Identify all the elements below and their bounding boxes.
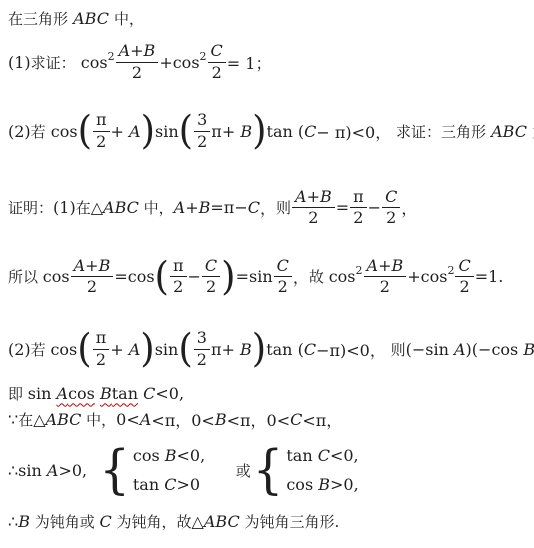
superscript: 2 <box>356 264 363 277</box>
math-variable: A <box>140 410 152 429</box>
math-roman-text: 2 <box>87 277 97 296</box>
math-roman-text: 0< <box>116 410 140 429</box>
fraction: C2 <box>455 257 473 297</box>
math-variable: A <box>367 256 379 275</box>
math-roman-text: ， <box>401 196 417 219</box>
proof-part1-line2: 所以 cosA+B2=cos(π2−C2)=sinC2，故 cos2A+B2+c… <box>8 248 530 305</box>
math-variable: A <box>119 41 131 60</box>
math-variable: B <box>18 512 30 531</box>
math-roman-text: sin <box>155 340 179 359</box>
math-roman-text: 2 <box>308 208 318 227</box>
case-row: tan C>0 <box>133 475 205 494</box>
math-roman-text: 2 <box>386 208 396 227</box>
denominator: 2 <box>96 132 106 151</box>
math-roman-text: (1) <box>8 53 31 72</box>
curly-brace-icon: { <box>99 449 130 491</box>
math-roman-text: 2 <box>132 63 142 82</box>
math-roman-text: π <box>173 256 184 275</box>
math-roman-text: cos <box>50 340 77 359</box>
big-paren-icon: ( <box>179 114 193 147</box>
proof-part2-line3: ∵在△ABC 中，0<A<π，0<B<π，0<C<π， <box>8 408 530 430</box>
math-roman-text: cos <box>68 384 95 403</box>
chinese-text: 若 <box>31 121 46 142</box>
math-roman-text: + <box>307 187 320 206</box>
fraction: π2 <box>93 111 110 151</box>
math-variable: C <box>318 446 330 465</box>
math-roman-text: <π，0< <box>151 408 215 431</box>
numerator: 3 <box>194 111 210 131</box>
denominator: 2 <box>459 277 469 296</box>
math-variable: B <box>144 41 156 60</box>
math-roman-text: =1. <box>475 267 504 286</box>
chinese-text: 中， <box>114 8 144 29</box>
proof-part1-line1: 证明：(1)在△ABC 中，A+B=π−C，则A+B2=π2−C2， <box>8 185 530 230</box>
denominator: 2 <box>380 277 390 296</box>
math-roman-text: + <box>130 41 143 60</box>
math-roman-text: >0 <box>176 475 200 494</box>
math-roman-text: 2 <box>212 63 222 82</box>
math-roman-text: + <box>110 340 129 359</box>
math-variable: A <box>57 384 69 403</box>
chinese-text: 故 <box>309 266 329 287</box>
chinese-text: 则 <box>386 339 406 360</box>
numerator: C <box>274 257 292 277</box>
math-variable: A <box>74 256 86 275</box>
math-roman-text: △ <box>33 410 45 429</box>
math-roman-text: +cos <box>159 53 199 72</box>
math-roman-text: 2 <box>197 350 207 369</box>
math-roman-text: cos <box>286 475 318 494</box>
math-roman-text: <π，0< <box>227 408 291 431</box>
proof-part2-cases: ∴sin A>0, {cos B<0,tan C>0 或{tan C<0,cos… <box>8 443 530 497</box>
math-roman-text: ∴ <box>8 512 18 531</box>
math-roman-text: 2 <box>197 132 207 151</box>
big-paren-icon: ) <box>252 114 266 147</box>
big-paren-icon: ) <box>252 332 266 365</box>
fraction: C2 <box>274 257 292 297</box>
math-variable: C <box>211 41 223 60</box>
proof-part2-line1: (2)若 cos(π2+ A)sin(32π+ B)tan (C−π)<0， 则… <box>8 318 530 380</box>
numerator: C <box>455 257 473 277</box>
math-roman-text: − <box>368 198 381 217</box>
fraction: C2 <box>382 188 400 228</box>
math-roman-text: tan ( <box>266 340 304 359</box>
fraction: π2 <box>170 257 187 297</box>
spellcheck-wavy-underline: Acos <box>57 384 95 403</box>
math-variable: C <box>205 256 217 275</box>
superscript: 2 <box>108 50 115 63</box>
math-roman-text: ∴sin <box>8 461 47 480</box>
math-variable: B <box>99 256 111 275</box>
denominator: 2 <box>206 277 216 296</box>
cases-column: cos B<0,tan C>0 <box>133 446 205 494</box>
math-proof-document: 在三角形 ABC 中，(1)求证： cos2A+B2+cos2C2= 1；(2)… <box>0 0 534 548</box>
math-variable: B <box>199 198 211 217</box>
math-roman-text: <π， <box>302 408 342 431</box>
fraction: 32 <box>194 111 210 151</box>
fraction: A+B2 <box>364 257 407 297</box>
math-roman-text: 2 <box>96 350 106 369</box>
numerator: C <box>382 188 400 208</box>
math-roman-text: <0, <box>155 384 184 403</box>
fraction: A+B2 <box>292 188 335 228</box>
math-roman-text: = 1； <box>227 51 272 74</box>
denominator: 2 <box>353 208 363 227</box>
big-paren-icon: ( <box>155 260 169 293</box>
proof-part2-line2: 即 sin Acos Btan C<0, <box>8 383 530 403</box>
math-roman-text: =π− <box>210 198 247 217</box>
part1-statement: (1)求证： cos2A+B2+cos2C2= 1； <box>8 42 530 82</box>
math-variable: B <box>240 122 252 141</box>
math-roman-text: cos <box>329 267 356 286</box>
fraction: π2 <box>93 329 110 369</box>
math-variable: C <box>100 512 112 531</box>
math-roman-text: (−sin <box>406 340 454 359</box>
math-roman-text: (2) <box>8 340 31 359</box>
denominator: 2 <box>197 350 207 369</box>
math-roman-text: tan ( <box>267 122 305 141</box>
math-variable: C <box>385 187 397 206</box>
math-variable: A <box>174 198 186 217</box>
math-roman-text: − π)<0， <box>316 120 391 143</box>
math-roman-text: −π)<0， <box>316 338 386 361</box>
numerator: π <box>93 329 110 349</box>
chinese-text: 若 <box>31 339 51 360</box>
math-roman-text: >0, <box>330 475 359 494</box>
math-roman-text: <0, <box>177 446 206 465</box>
math-roman-text: π+ <box>211 340 240 359</box>
math-roman-text: +cos <box>407 267 447 286</box>
math-roman-text: ∵ <box>8 410 18 429</box>
fraction: A+B2 <box>116 42 159 82</box>
math-roman-text: 2 <box>278 277 288 296</box>
chinese-text: 为钝角，故 <box>112 511 192 532</box>
math-roman-text: 2 <box>353 208 363 227</box>
math-variable: C <box>290 410 302 429</box>
denominator: 2 <box>308 208 318 227</box>
math-roman-text: tan <box>112 384 138 403</box>
chinese-text: 中， <box>81 409 116 430</box>
math-roman-text: 2 <box>96 132 106 151</box>
fraction: C2 <box>202 257 220 297</box>
math-variable: A <box>295 187 307 206</box>
denominator: 2 <box>197 132 207 151</box>
numerator: C <box>202 257 220 277</box>
math-roman-text: 2 <box>380 277 390 296</box>
big-paren-icon: ) <box>141 114 155 147</box>
math-variable: A <box>47 461 59 480</box>
math-roman-text: = <box>336 198 349 217</box>
math-variable: ABC <box>46 410 82 429</box>
case-row: cos B>0, <box>286 475 358 494</box>
math-roman-text: 2 <box>173 277 183 296</box>
math-roman-text: 3 <box>197 110 207 129</box>
chinese-text: 所以 <box>8 266 43 287</box>
math-roman-text: 2 <box>459 277 469 296</box>
math-roman-text: )(−cos <box>466 340 524 359</box>
big-paren-icon: ( <box>78 114 92 147</box>
cases-group: {tan C<0,cos B>0, <box>253 446 359 494</box>
math-roman-text: + <box>378 256 391 275</box>
case-row: cos B<0, <box>133 446 205 465</box>
math-roman-text: tan <box>133 475 164 494</box>
math-variable: B <box>318 475 330 494</box>
math-variable: B <box>523 340 534 359</box>
superscript: 2 <box>447 264 454 277</box>
numerator: 3 <box>194 329 210 349</box>
fraction: A+B2 <box>71 257 114 297</box>
superscript: 2 <box>200 50 207 63</box>
big-paren-icon: ( <box>178 332 192 365</box>
math-roman-text: π+ <box>211 122 240 141</box>
spellcheck-wavy-underline: Btan <box>100 384 138 403</box>
chinese-text: 在 <box>18 409 33 430</box>
math-variable: B <box>320 187 332 206</box>
denominator: 2 <box>132 63 142 82</box>
math-variable: ABC <box>486 122 532 141</box>
fraction: π2 <box>350 188 367 228</box>
numerator: π <box>170 257 187 277</box>
math-roman-text: =cos <box>114 267 154 286</box>
curly-brace-icon: { <box>253 449 284 491</box>
denominator: 2 <box>386 208 396 227</box>
math-roman-text: + <box>185 198 198 217</box>
math-roman-text: + <box>85 256 98 275</box>
math-variable: ABC <box>103 198 139 217</box>
math-variable: ABC <box>68 9 114 28</box>
math-roman-text: <0, <box>330 446 359 465</box>
math-roman-text: △ <box>192 512 204 531</box>
math-variable: B <box>391 256 403 275</box>
chinese-text: 则 <box>276 197 291 218</box>
math-roman-text: >0, <box>58 461 97 480</box>
numerator: A+B <box>71 257 114 277</box>
chinese-text: 证明： <box>8 197 53 218</box>
math-variable: B <box>240 340 252 359</box>
chinese-text: 在 <box>76 197 91 218</box>
chinese-text: 或 <box>207 460 251 481</box>
math-variable: B <box>100 384 112 403</box>
math-roman-text: (1) <box>53 198 76 217</box>
denominator: 2 <box>278 277 288 296</box>
numerator: C <box>208 42 226 62</box>
denominator: 2 <box>173 277 183 296</box>
math-roman-text: =sin <box>236 267 273 286</box>
math-variable: C <box>304 340 316 359</box>
math-variable: C <box>164 475 176 494</box>
numerator: A+B <box>116 42 159 62</box>
math-roman-text: π <box>96 328 107 347</box>
big-paren-icon: ) <box>140 332 154 365</box>
math-variable: C <box>458 256 470 275</box>
math-roman-text: cos <box>133 446 165 465</box>
big-paren-icon: ) <box>221 260 235 293</box>
math-variable: C <box>248 198 260 217</box>
chinese-text: 在三角形 <box>8 8 68 29</box>
math-variable: B <box>215 410 227 429</box>
chinese-text: 中， <box>139 197 174 218</box>
math-variable: B <box>165 446 177 465</box>
denominator: 2 <box>87 277 97 296</box>
math-variable: C <box>304 122 316 141</box>
math-roman-text: △ <box>91 198 103 217</box>
big-paren-icon: ( <box>77 332 91 365</box>
chinese-text: 求证：三角形 <box>391 121 486 142</box>
case-row: tan C<0, <box>286 446 358 465</box>
math-roman-text: π <box>96 110 107 129</box>
chinese-text: 求证： <box>31 52 76 73</box>
math-variable: ABC <box>204 512 240 531</box>
intro-line: 在三角形 ABC 中， <box>8 8 530 28</box>
math-variable: C <box>143 384 155 403</box>
numerator: π <box>93 111 110 131</box>
fraction: C2 <box>208 42 226 82</box>
chinese-text: 即 <box>8 383 28 404</box>
math-roman-text: ， <box>293 265 309 288</box>
math-roman-text: 3 <box>197 328 207 347</box>
numerator: A+B <box>364 257 407 277</box>
math-roman-text: sin <box>28 384 57 403</box>
chinese-text: 为钝角三角形. <box>240 511 340 532</box>
math-roman-text: + <box>111 122 130 141</box>
math-roman-text: π <box>353 187 364 206</box>
math-variable: A <box>129 340 141 359</box>
math-roman-text: 2 <box>206 277 216 296</box>
fraction: 32 <box>194 329 210 369</box>
math-variable: A <box>454 340 466 359</box>
math-roman-text: cos <box>43 267 70 286</box>
math-roman-text: − <box>188 267 201 286</box>
cases-group: {cos B<0,tan C>0 <box>99 446 205 494</box>
math-roman-text: sin <box>155 122 179 141</box>
chinese-text: 为钝角或 <box>30 511 100 532</box>
math-variable: C <box>277 256 289 275</box>
math-roman-text: (2) <box>8 122 31 141</box>
math-roman-text: tan <box>286 446 317 465</box>
math-roman-text: ， <box>260 196 276 219</box>
denominator: 2 <box>96 350 106 369</box>
numerator: π <box>350 188 367 208</box>
numerator: A+B <box>292 188 335 208</box>
math-roman-text: cos <box>76 53 108 72</box>
math-roman-text: cos <box>46 122 78 141</box>
cases-column: tan C<0,cos B>0, <box>286 446 358 494</box>
part2-statement: (2)若 cos(π2+ A)sin(32π+ B)tan (C− π)<0， … <box>8 100 530 162</box>
denominator: 2 <box>212 63 222 82</box>
conclusion-line: ∴B 为钝角或 C 为钝角，故△ABC 为钝角三角形. <box>8 510 530 532</box>
math-variable: A <box>129 122 141 141</box>
